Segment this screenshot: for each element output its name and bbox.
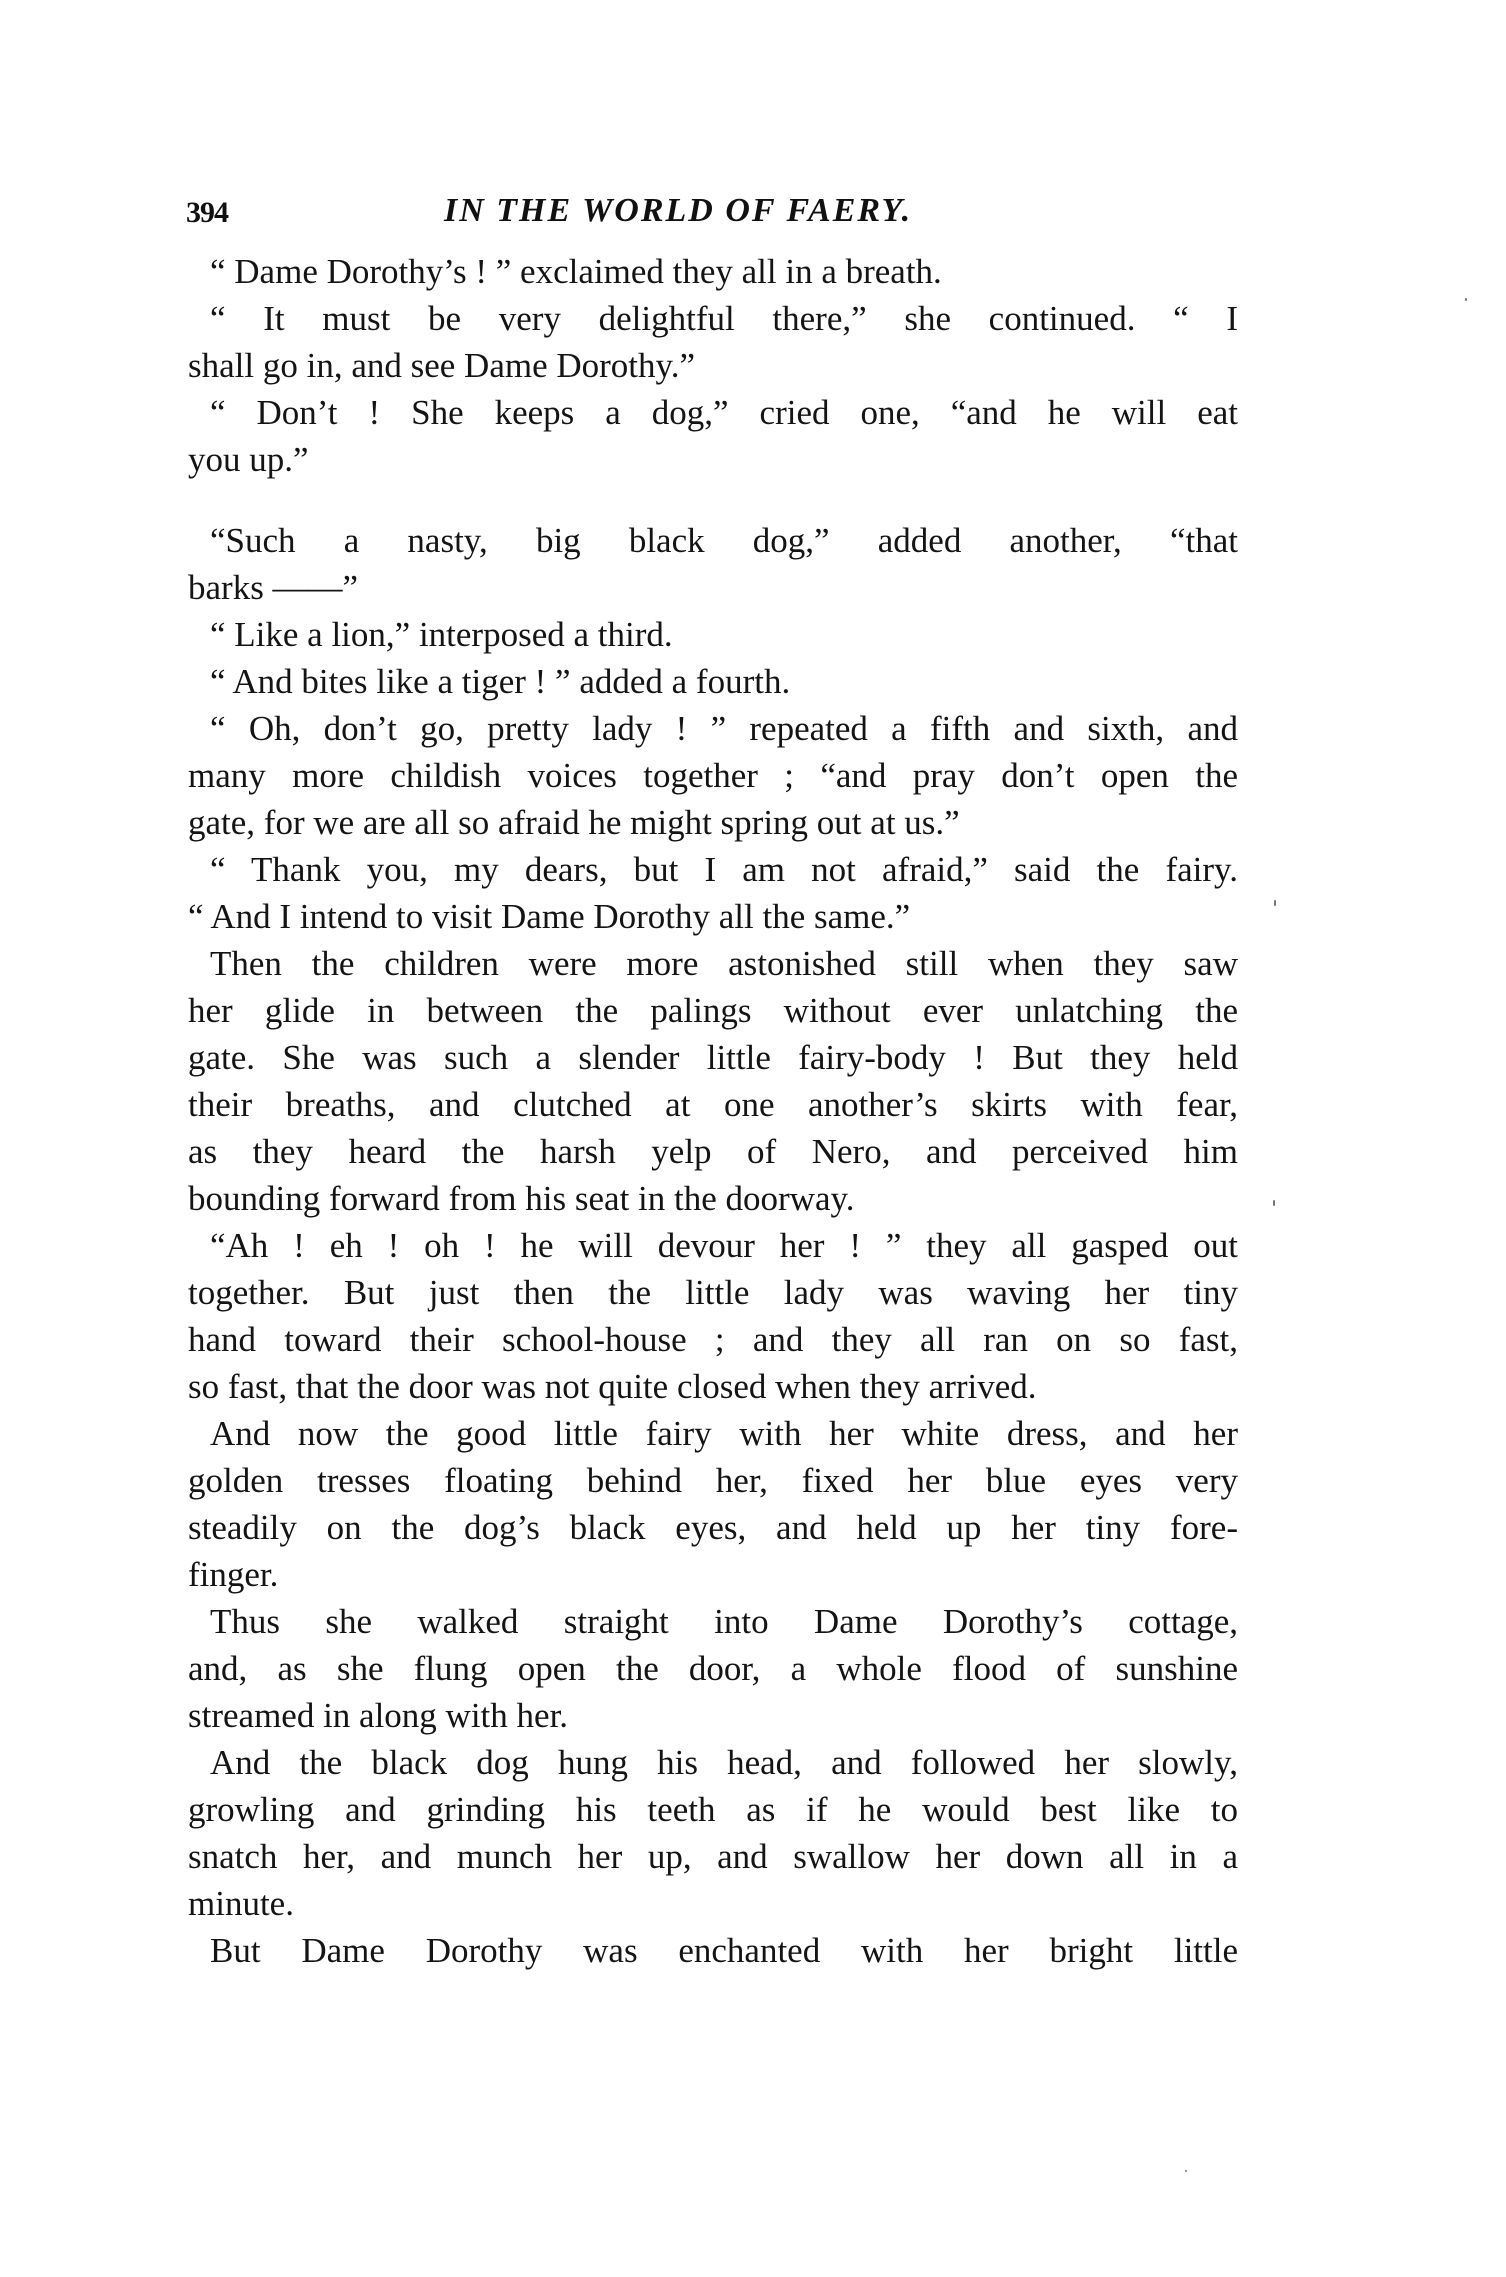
text-line: their breaths, and clutched at one anoth…	[188, 1083, 1238, 1127]
text-line: many more childish voices together ; “an…	[188, 754, 1238, 798]
text-line: And now the good little fairy with her w…	[210, 1412, 1238, 1456]
scan-speck	[502, 1528, 504, 1530]
text-line: “ Thank you, my dears, but I am not afra…	[210, 848, 1238, 892]
text-line: gate. She was such a slender little fair…	[188, 1036, 1238, 1080]
scan-speck	[1273, 1200, 1275, 1206]
text-line: “ And I intend to visit Dame Dorothy all…	[188, 895, 1238, 939]
text-line: “ And bites like a tiger ! ” added a fou…	[210, 660, 1238, 704]
text-line: as they heard the harsh yelp of Nero, an…	[188, 1130, 1238, 1174]
text-line: “Such a nasty, big black dog,” added ano…	[210, 519, 1238, 563]
scan-speck	[1465, 298, 1467, 301]
text-line: “ Oh, don’t go, pretty lady ! ” repeated…	[210, 707, 1238, 751]
text-line: finger.	[188, 1553, 1238, 1597]
text-line: and, as she flung open the door, a whole…	[188, 1647, 1238, 1691]
running-title: IN THE WORLD OF FAERY.	[444, 192, 912, 230]
text-line: hand toward their school-house ; and the…	[188, 1318, 1238, 1362]
text-line: snatch her, and munch her up, and swallo…	[188, 1835, 1238, 1879]
book-page: 394 IN THE WORLD OF FAERY. “ Dame Doroth…	[0, 0, 1506, 2277]
text-line: “ Like a lion,” interposed a third.	[210, 613, 1238, 657]
text-line: shall go in, and see Dame Dorothy.”	[188, 344, 1238, 388]
text-line: Then the children were more astonished s…	[210, 942, 1238, 986]
page-number: 394	[186, 196, 228, 230]
text-line: And the black dog hung his head, and fol…	[210, 1741, 1238, 1785]
text-line: her glide in between the palings without…	[188, 989, 1238, 1033]
text-line: streamed in along with her.	[188, 1694, 1238, 1738]
text-line: bounding forward from his seat in the do…	[188, 1177, 1238, 1221]
scan-speck	[1185, 2170, 1187, 2172]
text-line: golden tresses floating behind her, fixe…	[188, 1459, 1238, 1503]
text-line: “ Dame Dorothy’s ! ” exclaimed they all …	[210, 250, 1238, 294]
text-line: growling and grinding his teeth as if he…	[188, 1788, 1238, 1832]
text-line: steadily on the dog’s black eyes, and he…	[188, 1506, 1238, 1550]
scan-speck	[1274, 900, 1276, 906]
text-line: barks ——”	[188, 566, 1238, 610]
text-line: “ Don’t ! She keeps a dog,” cried one, “…	[210, 391, 1238, 435]
text-line: “Ah ! eh ! oh ! he will devour her ! ” t…	[210, 1224, 1238, 1268]
text-line: But Dame Dorothy was enchanted with her …	[210, 1929, 1238, 1973]
text-line: “ It must be very delightful there,” she…	[210, 297, 1238, 341]
text-line: together. But just then the little lady …	[188, 1271, 1238, 1315]
text-line: minute.	[188, 1882, 1238, 1926]
text-line: so fast, that the door was not quite clo…	[188, 1365, 1238, 1409]
text-line: you up.”	[188, 438, 1238, 482]
running-head: 394 IN THE WORLD OF FAERY.	[186, 192, 1006, 232]
text-line: Thus she walked straight into Dame Dorot…	[210, 1600, 1238, 1644]
text-line: gate, for we are all so afraid he might …	[188, 801, 1238, 845]
